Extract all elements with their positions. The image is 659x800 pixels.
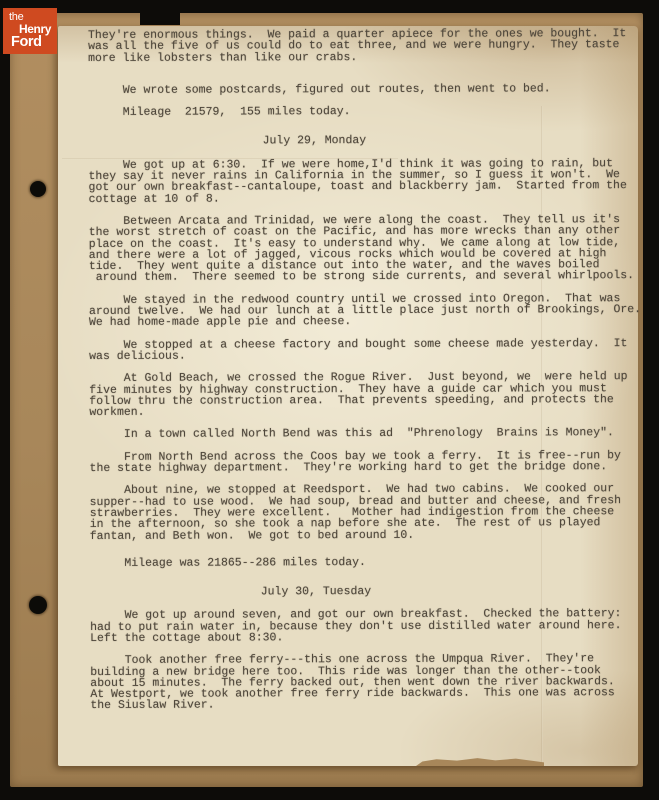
- journal-paragraph: In a town called North Bend was this ad …: [89, 427, 645, 440]
- date-heading: July 30, Tuesday: [90, 585, 646, 598]
- journal-paragraph: From North Bend across the Coos bay we t…: [89, 450, 645, 475]
- punch-hole: [30, 181, 46, 197]
- journal-paragraph: We stayed in the redwood country until w…: [89, 293, 645, 329]
- journal-paragraph: Mileage was 21865--286 miles today.: [90, 556, 646, 569]
- punch-hole: [29, 596, 47, 614]
- journal-paragraph: They're enormous things. We paid a quart…: [88, 28, 644, 64]
- journal-paragraph: Between Arcata and Trinidad, we were alo…: [89, 214, 645, 284]
- journal-paragraph: We got up around seven, and got our own …: [90, 608, 646, 644]
- journal-paragraph: At Gold Beach, we crossed the Rogue Rive…: [89, 371, 645, 418]
- logo-ford: Ford: [11, 34, 42, 50]
- henry-ford-logo: the Henry Ford: [3, 8, 57, 54]
- journal-paragraph: Mileage 21579, 155 miles today.: [88, 105, 644, 118]
- board-edge-notch: [140, 12, 180, 25]
- typewritten-text: They're enormous things. We paid a quart…: [88, 28, 646, 723]
- date-heading: July 29, Monday: [88, 135, 644, 148]
- journal-paragraph: We stopped at a cheese factory and bough…: [89, 338, 645, 363]
- journal-paragraph: Took another free ferry---this one acros…: [90, 653, 646, 711]
- journal-paragraph: We got up at 6:30. If we were home,I'd t…: [88, 158, 644, 205]
- journal-paragraph: About nine, we stopped at Reedsport. We …: [90, 483, 646, 541]
- journal-paragraph: We wrote some postcards, figured out rou…: [88, 83, 644, 96]
- torn-paper-edge: [416, 757, 544, 766]
- journal-page: They're enormous things. We paid a quart…: [58, 26, 638, 766]
